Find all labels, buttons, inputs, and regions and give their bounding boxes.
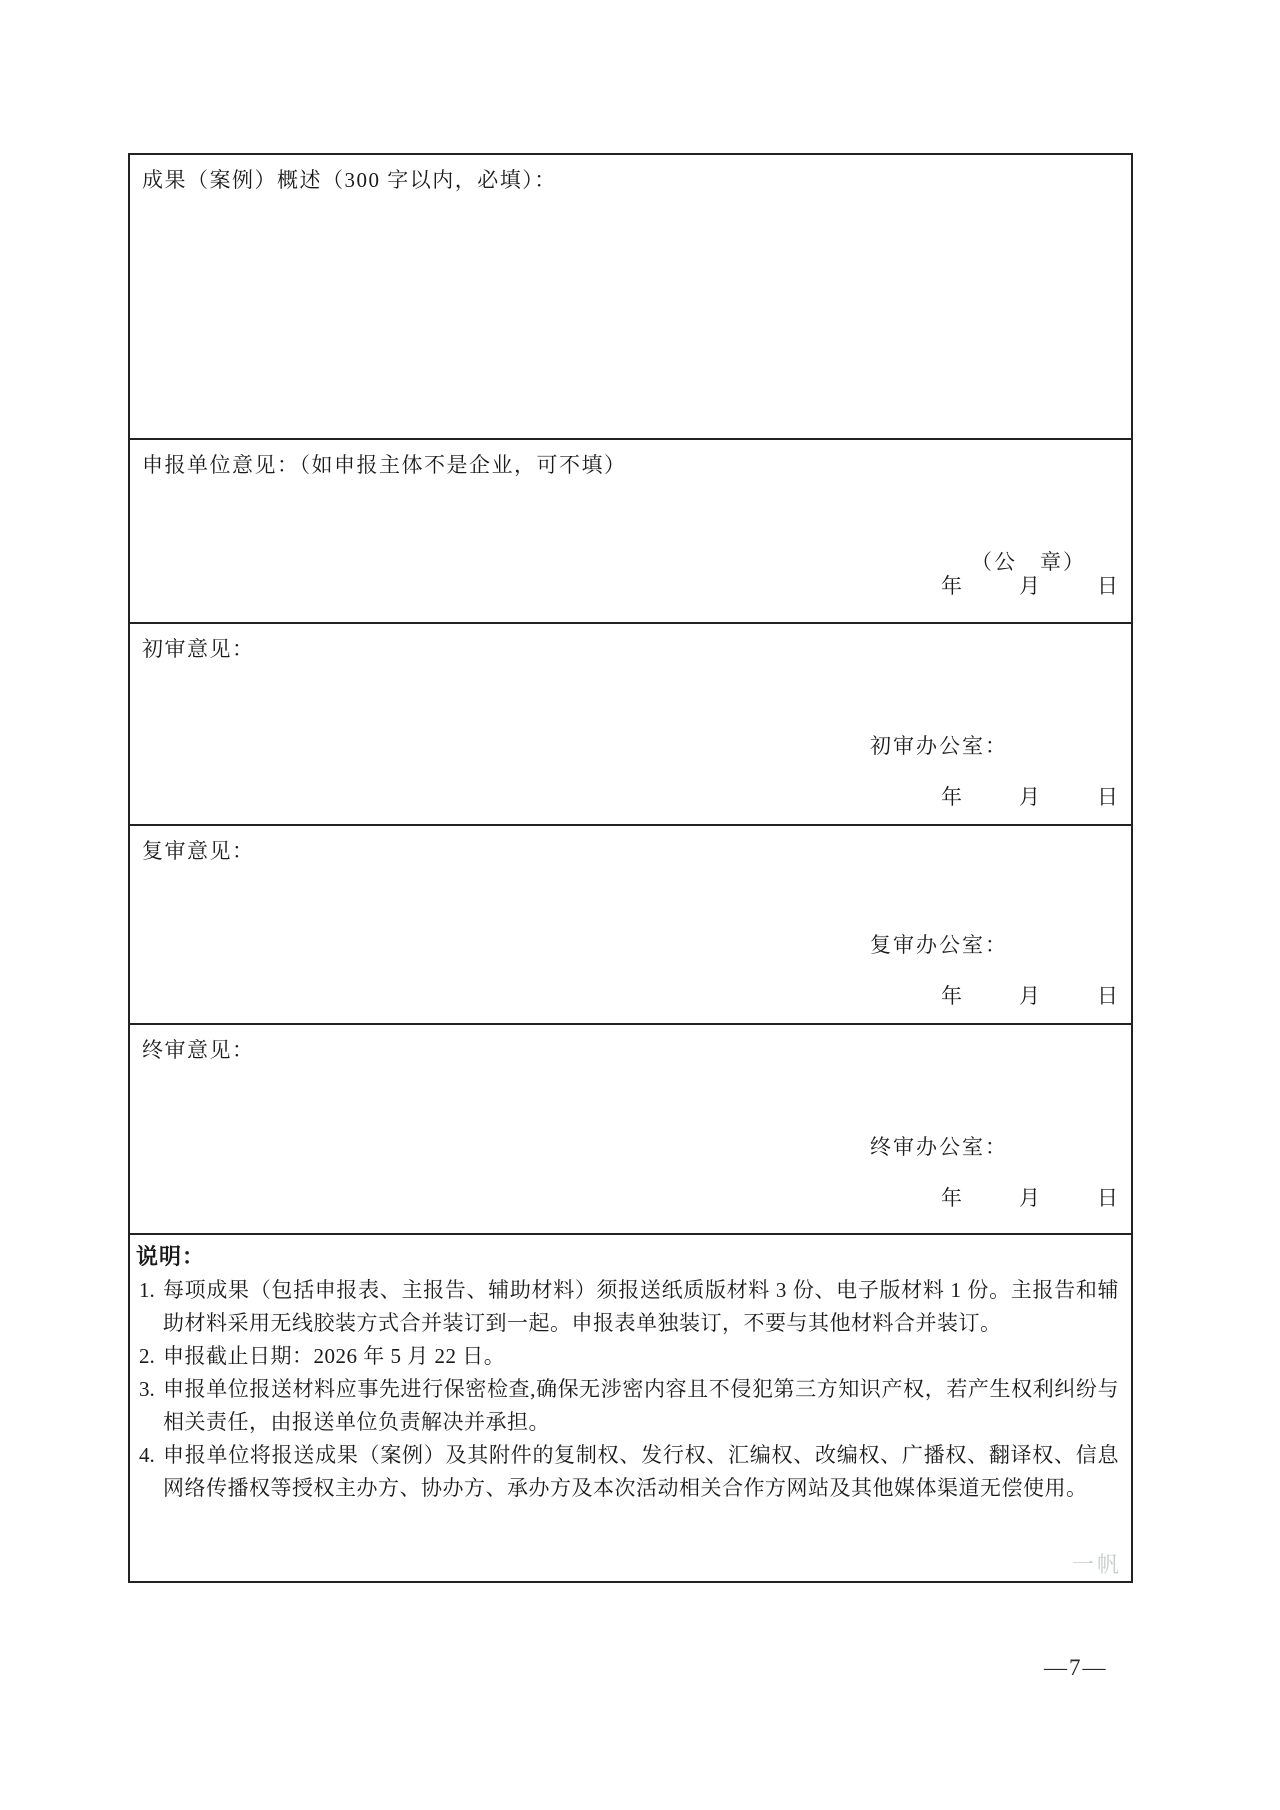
note-number: 4. bbox=[136, 1439, 163, 1505]
date-month-label: 月 bbox=[1019, 781, 1040, 811]
final-review-date-line: 年 月 日 bbox=[941, 1182, 1118, 1212]
second-review-label: 复审意见： bbox=[142, 835, 255, 865]
date-day-label: 日 bbox=[1097, 1182, 1118, 1212]
note-text: 申报单位将报送成果（案例）及其附件的复制权、发行权、汇编权、改编权、广播权、翻译… bbox=[163, 1439, 1119, 1505]
date-day-label: 日 bbox=[1097, 781, 1118, 811]
note-text: 每项成果（包括申报表、主报告、辅助材料）须报送纸质版材料 3 份、电子版材料 1… bbox=[163, 1274, 1119, 1340]
date-year-label: 年 bbox=[941, 570, 962, 600]
note-number: 1. bbox=[136, 1274, 163, 1340]
note-item: 3. 申报单位报送材料应事先进行保密检查,确保无涉密内容且不侵犯第三方知识产权，… bbox=[136, 1373, 1119, 1439]
date-year-label: 年 bbox=[941, 1182, 962, 1212]
document-page: 成果（案例）概述（300 字以内，必填）： 申报单位意见：（如申报主体不是企业，… bbox=[0, 0, 1280, 1810]
note-number: 2. bbox=[136, 1340, 163, 1373]
date-day-label: 日 bbox=[1097, 980, 1118, 1010]
note-item: 2. 申报截止日期：2026 年 5 月 22 日。 bbox=[136, 1340, 1119, 1373]
note-text: 申报截止日期：2026 年 5 月 22 日。 bbox=[163, 1340, 1119, 1373]
note-text: 申报单位报送材料应事先进行保密检查,确保无涉密内容且不侵犯第三方知识产权，若产生… bbox=[163, 1373, 1119, 1439]
overview-label: 成果（案例）概述（300 字以内，必填）： bbox=[142, 164, 557, 194]
date-year-label: 年 bbox=[941, 781, 962, 811]
final-review-label: 终审意见： bbox=[142, 1034, 255, 1064]
final-review-office-label: 终审办公室： bbox=[870, 1131, 1008, 1161]
date-year-label: 年 bbox=[941, 980, 962, 1010]
unit-opinion-section: 申报单位意见：（如申报主体不是企业，可不填） （公 章） 年 月 日 bbox=[130, 440, 1131, 624]
notes-section: 说明： 1. 每项成果（包括申报表、主报告、辅助材料）须报送纸质版材料 3 份、… bbox=[130, 1235, 1131, 1571]
application-form-table: 成果（案例）概述（300 字以内，必填）： 申报单位意见：（如申报主体不是企业，… bbox=[128, 153, 1133, 1583]
watermark: 一帆 bbox=[1072, 1548, 1122, 1579]
unit-opinion-date-line: 年 月 日 bbox=[941, 570, 1118, 600]
note-number: 3. bbox=[136, 1373, 163, 1439]
note-item: 4. 申报单位将报送成果（案例）及其附件的复制权、发行权、汇编权、改编权、广播权… bbox=[136, 1439, 1119, 1505]
date-day-label: 日 bbox=[1097, 570, 1118, 600]
first-review-section: 初审意见： 初审办公室： 年 月 日 bbox=[130, 624, 1131, 826]
first-review-date-line: 年 月 日 bbox=[941, 781, 1118, 811]
date-month-label: 月 bbox=[1019, 980, 1040, 1010]
notes-title: 说明： bbox=[136, 1240, 1119, 1274]
first-review-label: 初审意见： bbox=[142, 633, 255, 663]
first-review-office-label: 初审办公室： bbox=[870, 730, 1008, 760]
unit-opinion-label: 申报单位意见：（如申报主体不是企业，可不填） bbox=[142, 449, 627, 479]
final-review-section: 终审意见： 终审办公室： 年 月 日 bbox=[130, 1025, 1131, 1235]
page-number: —7— bbox=[1044, 1655, 1108, 1681]
note-item: 1. 每项成果（包括申报表、主报告、辅助材料）须报送纸质版材料 3 份、电子版材… bbox=[136, 1274, 1119, 1340]
second-review-date-line: 年 月 日 bbox=[941, 980, 1118, 1010]
second-review-office-label: 复审办公室： bbox=[870, 929, 1008, 959]
overview-section: 成果（案例）概述（300 字以内，必填）： bbox=[130, 155, 1131, 440]
date-month-label: 月 bbox=[1019, 1182, 1040, 1212]
second-review-section: 复审意见： 复审办公室： 年 月 日 bbox=[130, 826, 1131, 1025]
date-month-label: 月 bbox=[1019, 570, 1040, 600]
